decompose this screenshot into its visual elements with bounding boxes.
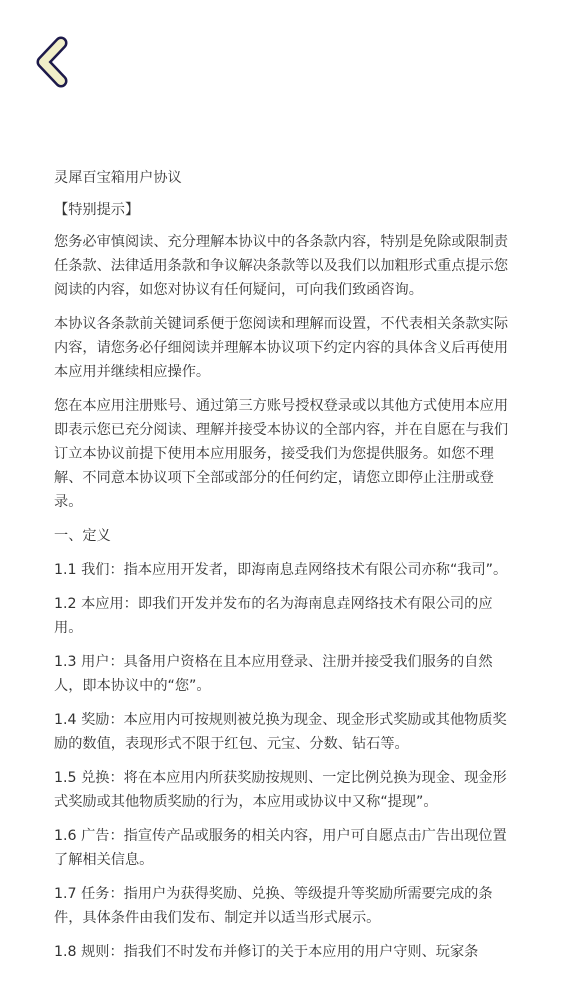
definition-item: 1.4 奖励：本应用内可按规则被兑换为现金、现金形式奖励或其他物质奖励的数值，表… [54, 708, 514, 756]
paragraph: 您在本应用注册账号、通过第三方账号授权登录或以其他方式使用本应用即表示您已充分阅… [54, 394, 514, 514]
paragraph: 本协议各条款前关键词系便于您阅读和理解而设置，不代表相关条款实际内容，请您务必仔… [54, 312, 514, 384]
paragraph: 您务必审慎阅读、充分理解本协议中的各条款内容，特别是免除或限制责任条款、法律适用… [54, 230, 514, 302]
definition-item: 1.8 规则：指我们不时发布并修订的关于本应用的用户守则、玩家条 [54, 940, 514, 964]
notice-heading: 【特别提示】 [54, 198, 514, 222]
definition-item: 1.1 我们：指本应用开发者，即海南息垚网络技术有限公司亦称“我司”。 [54, 558, 514, 582]
section-heading: 一、定义 [54, 524, 514, 548]
definition-item: 1.5 兑换：将在本应用内所获奖励按规则、一定比例兑换为现金、现金形式奖励或其他… [54, 766, 514, 814]
definition-item: 1.3 用户：具备用户资格在且本应用登录、注册并接受我们服务的自然人，即本协议中… [54, 650, 514, 698]
document-title: 灵犀百宝箱用户协议 [54, 166, 514, 190]
definition-item: 1.6 广告：指宣传产品或服务的相关内容，用户可自愿点击广告出现位置了解相关信息… [54, 824, 514, 872]
back-button[interactable] [33, 35, 73, 89]
definition-item: 1.7 任务：指用户为获得奖励、兑换、等级提升等奖励所需要完成的条件，具体条件由… [54, 882, 514, 930]
chevron-left-icon [33, 35, 73, 89]
definition-item: 1.2 本应用：即我们开发并发布的名为海南息垚网络技术有限公司的应用。 [54, 592, 514, 640]
agreement-content: 灵犀百宝箱用户协议 【特别提示】 您务必审慎阅读、充分理解本协议中的各条款内容，… [54, 166, 514, 974]
